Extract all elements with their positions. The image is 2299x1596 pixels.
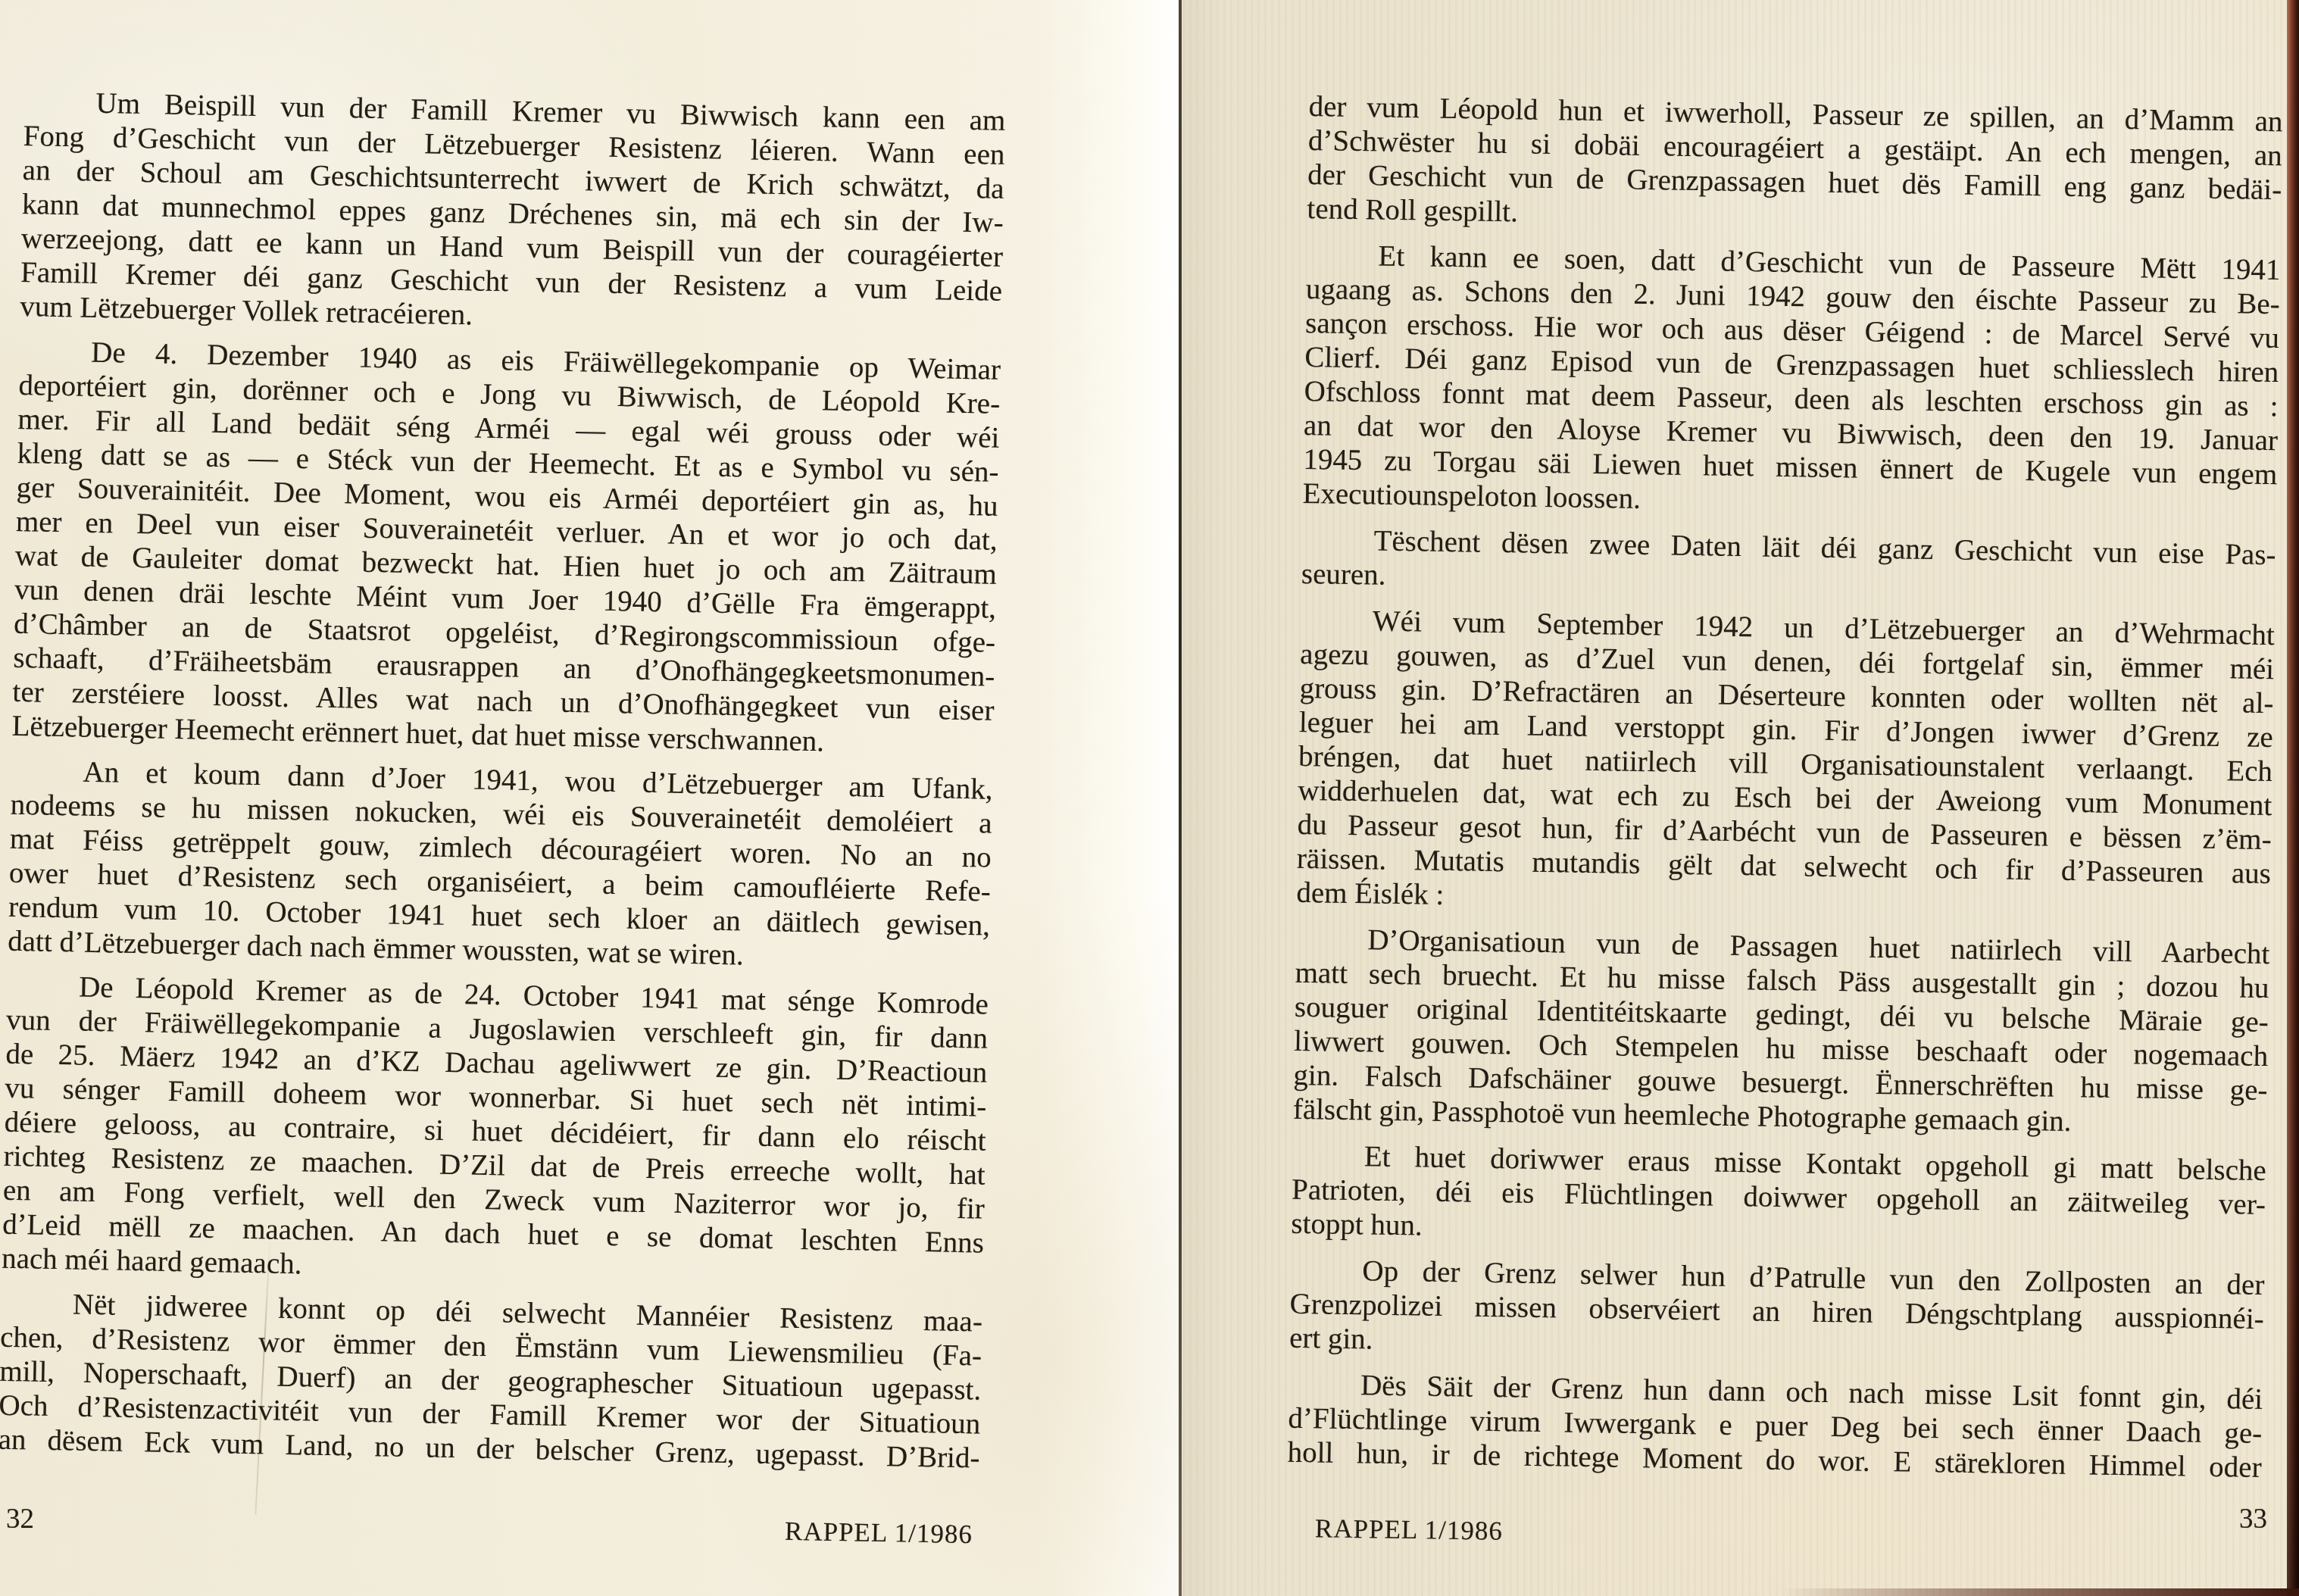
page-number-33: 33: [2239, 1503, 2267, 1535]
paragraph: der vum Léopold hun et iwwerholl, Passeu…: [1307, 89, 2283, 241]
paragraph: Dës Säit der Grenz hun dann och nach mis…: [1287, 1367, 2263, 1485]
paragraph: De 4. Dezember 1940 as eis Fräiwëllegeko…: [11, 334, 1001, 762]
paragraph: Tëschent dësen zwee Daten läit déi ganz …: [1301, 523, 2276, 606]
page-33-text: der vum Léopold hun et iwwerholl, Passeu…: [1287, 89, 2282, 1485]
paragraph: Nët jidweree konnt op déi selwecht Manné…: [0, 1286, 982, 1476]
paragraph: Um Beispill vun der Famill Kremer vu Biw…: [20, 85, 1006, 342]
paragraph: An et koum dann d’Joer 1941, wou d’Lëtze…: [8, 754, 993, 977]
paragraph: D’Organisatioun vun de Passagen huet nat…: [1292, 922, 2269, 1142]
book-gutter: [1179, 0, 1182, 1596]
paragraph: Wéi vum September 1942 un d’Lëtzebuerger…: [1296, 603, 2275, 925]
paragraph: De Léopold Kremer as de 24. October 1941…: [2, 969, 989, 1295]
page-32-text: Um Beispill vun der Famill Kremer vu Biw…: [0, 85, 1006, 1476]
paragraph: Et huet doriwwer eraus misse Kontakt opg…: [1291, 1138, 2266, 1256]
journal-footer-right: RAPPEL 1/1986: [1315, 1513, 1504, 1546]
book-edge-right: [2287, 0, 2299, 1596]
paragraph: Et kann ee soen, datt d’Geschicht vun de…: [1302, 238, 2280, 526]
book-edge-bottom: [1780, 1588, 2299, 1596]
paragraph: Op der Grenz selwer hun d’Patrulle vun d…: [1289, 1253, 2265, 1370]
journal-footer-left: RAPPEL 1/1986: [785, 1516, 973, 1550]
page-number-32: 32: [6, 1503, 34, 1535]
book-scan: Um Beispill vun der Famill Kremer vu Biw…: [0, 0, 2299, 1596]
